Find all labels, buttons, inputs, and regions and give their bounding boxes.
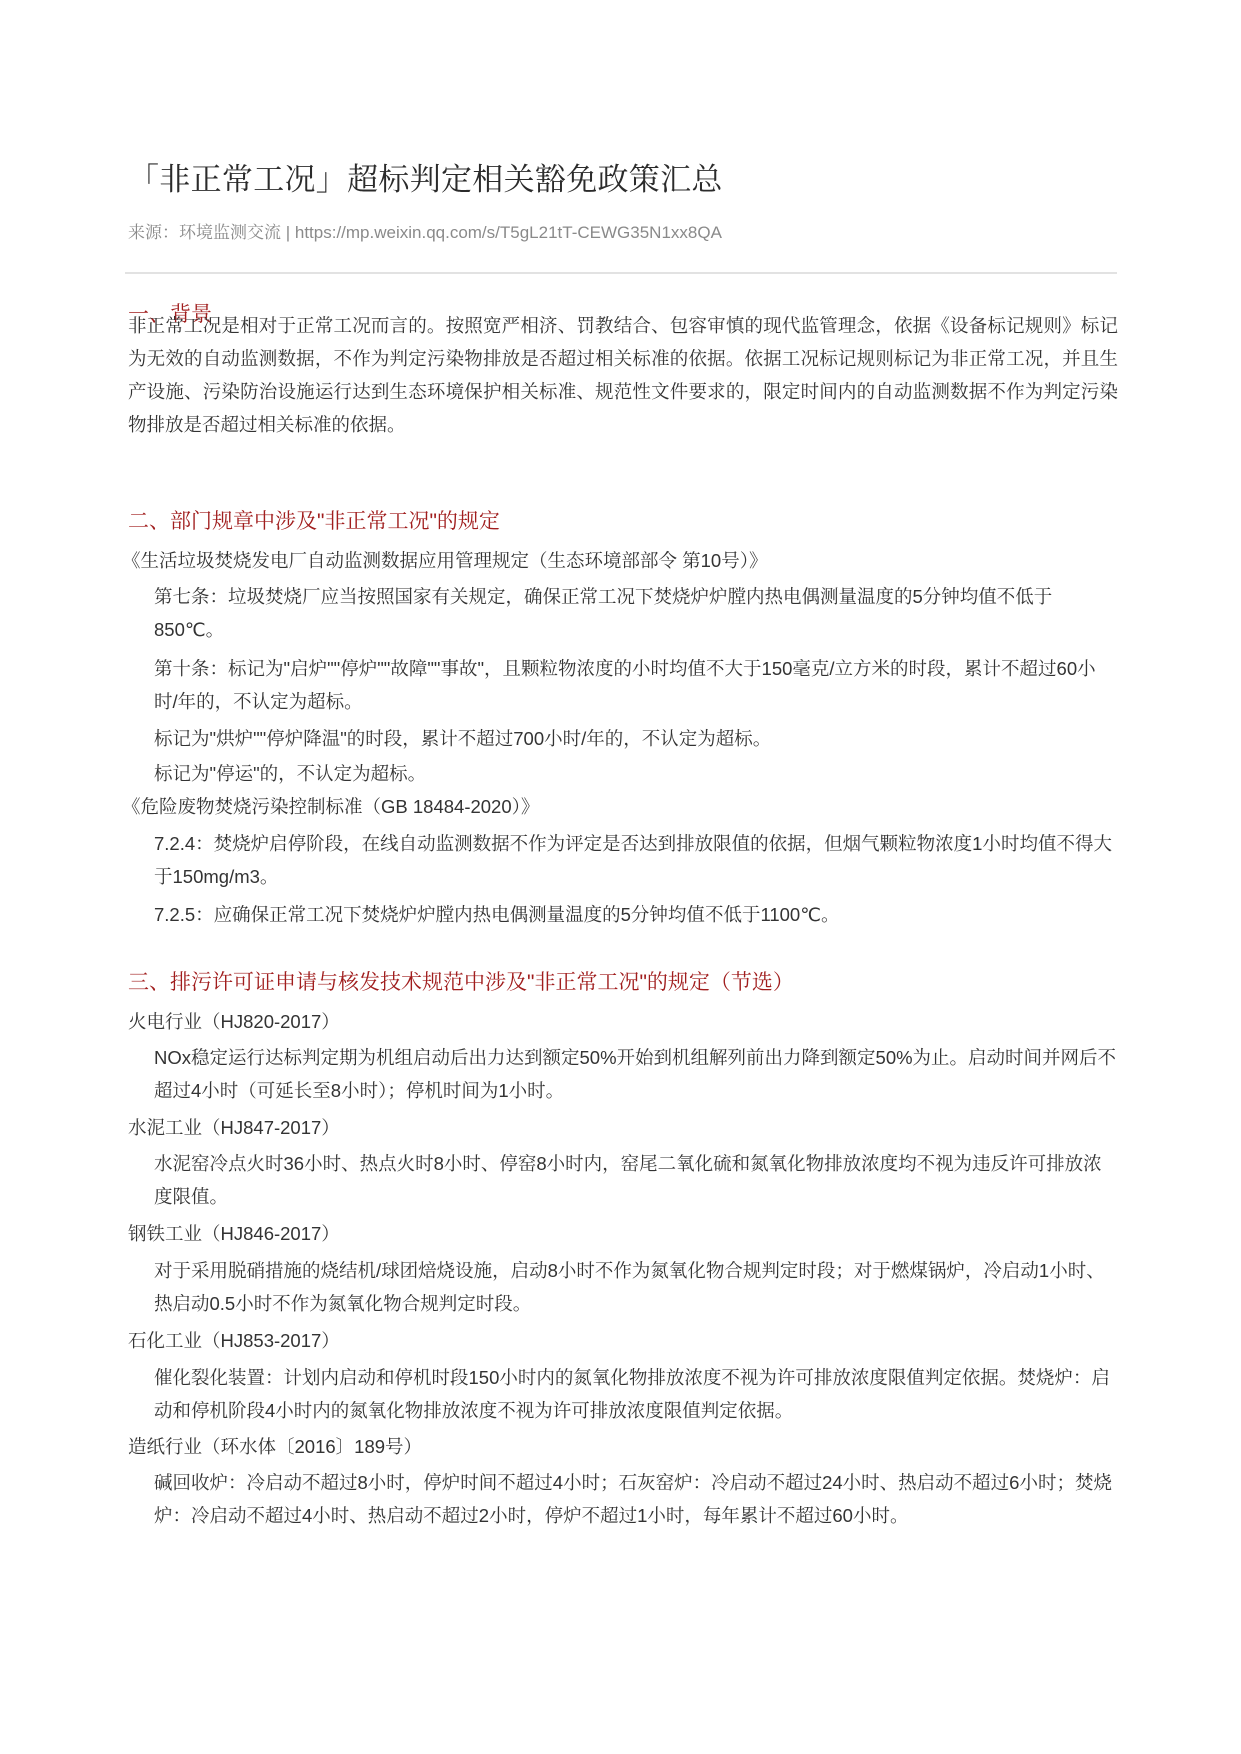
regulation-title: 《生活垃圾焚烧发电厂自动监测数据应用管理规定（生态环境部部令 第10号）》 [122, 546, 767, 576]
industry-title: 钢铁工业（HJ846-2017） [128, 1219, 340, 1249]
industry-rule: NOx稳定运行达标判定期为机组启动后出力达到额定50%开始到机组解列前出力降到额… [154, 1041, 1118, 1107]
background-paragraph: 非正常工况是相对于正常工况而言的。按照宽严相济、罚教结合、包容审慎的现代监管理念… [128, 309, 1118, 441]
industry-title: 水泥工业（HJ847-2017） [128, 1113, 340, 1143]
regulation-clause: 标记为"停运"的，不认定为超标。 [154, 757, 1118, 790]
section-heading-permit-specs: 三、排污许可证申请与核发技术规范中涉及"非正常工况"的规定（节选） [128, 968, 794, 998]
industry-rule: 催化裂化装置：计划内启动和停机时段150小时内的氮氧化物排放浓度不视为许可排放浓… [154, 1361, 1118, 1427]
industry-title: 火电行业（HJ820-2017） [128, 1007, 340, 1037]
regulation-clause: 7.2.4：焚烧炉启停阶段，在线自动监测数据不作为评定是否达到排放限值的依据，但… [154, 827, 1118, 893]
regulation-clause: 标记为"烘炉""停炉降温"的时段，累计不超过700小时/年的，不认定为超标。 [154, 722, 1118, 755]
industry-title: 造纸行业（环水体〔2016〕189号） [128, 1432, 422, 1462]
regulation-clause: 第七条：垃圾焚烧厂应当按照国家有关规定，确保正常工况下焚烧炉炉膛内热电偶测量温度… [154, 580, 1118, 646]
regulation-clause: 7.2.5：应确保正常工况下焚烧炉炉膛内热电偶测量温度的5分钟均值不低于1100… [154, 898, 1118, 931]
regulation-title: 《危险废物焚烧污染控制标准（GB 18484-2020）》 [122, 792, 539, 822]
page-title: 「非正常工况」超标判定相关豁免政策汇总 [128, 160, 723, 200]
industry-rule: 对于采用脱硝措施的烧结机/球团焙烧设施，启动8小时不作为氮氧化物合规判定时段；对… [154, 1254, 1118, 1320]
industry-title: 石化工业（HJ853-2017） [128, 1326, 340, 1356]
header-divider [125, 272, 1117, 274]
section-heading-department-rules: 二、部门规章中涉及"非正常工况"的规定 [128, 507, 500, 537]
regulation-clause: 第十条：标记为"启炉""停炉""故障""事故"，且颗粒物浓度的小时均值不大于15… [154, 652, 1118, 718]
source-line: 来源：环境监测交流 | https://mp.weixin.qq.com/s/T… [128, 221, 722, 245]
industry-rule: 水泥窑冷点火时36小时、热点火时8小时、停窑8小时内，窑尾二氧化硫和氮氧化物排放… [154, 1147, 1118, 1213]
industry-rule: 碱回收炉：冷启动不超过8小时，停炉时间不超过4小时；石灰窑炉：冷启动不超过24小… [154, 1466, 1118, 1532]
